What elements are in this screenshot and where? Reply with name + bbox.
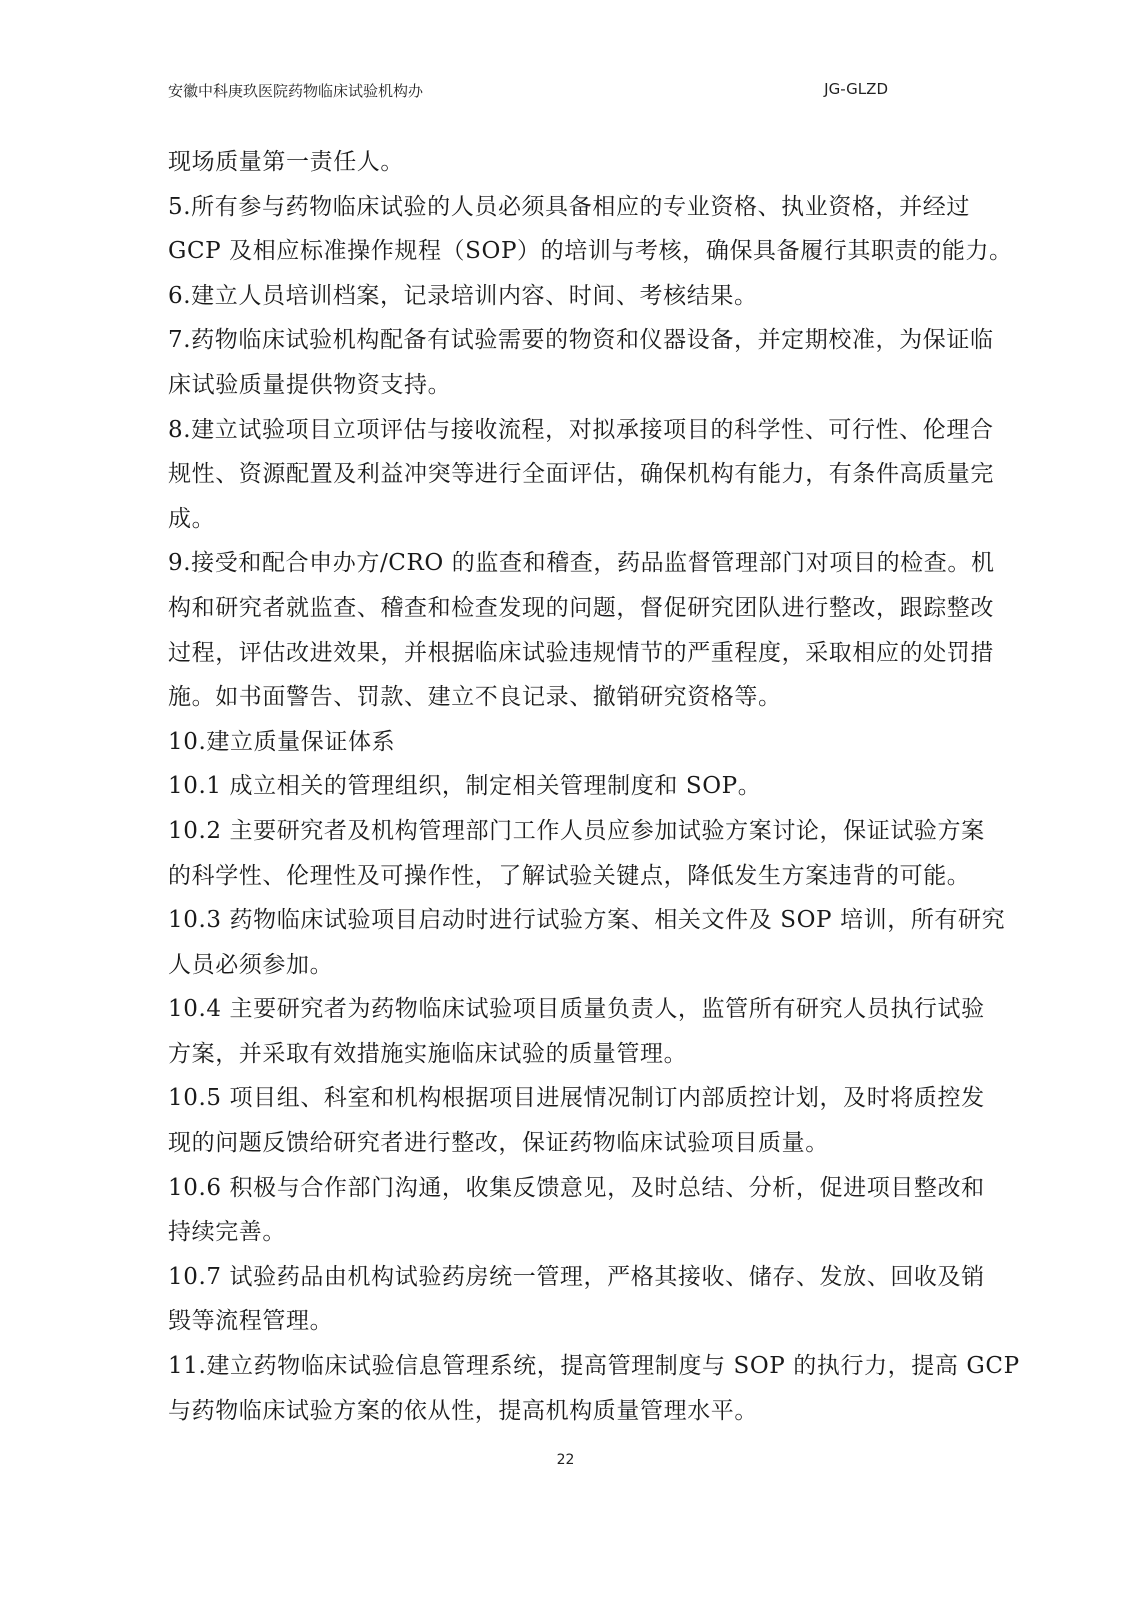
text-line: 5.所有参与药物临床试验的人员必须具备相应的专业资格、执业资格，并经过 <box>168 185 968 230</box>
text-line: 施。如书面警告、罚款、建立不良记录、撤销研究资格等。 <box>168 675 968 720</box>
text-line: 10.4 主要研究者为药物临床试验项目质量负责人，监管所有研究人员执行试验 <box>168 987 968 1032</box>
text-line: 构和研究者就监查、稽查和检查发现的问题，督促研究团队进行整改，跟踪整改 <box>168 586 968 631</box>
text-line: 规性、资源配置及利益冲突等进行全面评估，确保机构有能力，有条件高质量完 <box>168 452 968 497</box>
page-number: 22 <box>0 1452 1131 1468</box>
text-line: 10.3 药物临床试验项目启动时进行试验方案、相关文件及 SOP 培训，所有研究 <box>168 898 968 943</box>
text-line: 床试验质量提供物资支持。 <box>168 363 968 408</box>
text-line: 9.接受和配合申办方/CRO 的监查和稽查，药品监督管理部门对项目的检查。机 <box>168 541 968 586</box>
text-line: 6.建立人员培训档案，记录培训内容、时间、考核结果。 <box>168 274 968 319</box>
header-organization: 安徽中科庚玖医院药物临床试验机构办 <box>168 80 423 101</box>
text-line: 8.建立试验项目立项评估与接收流程，对拟承接项目的科学性、可行性、伦理合 <box>168 408 968 453</box>
text-line: GCP 及相应标准操作规程（SOP）的培训与考核，确保具备履行其职责的能力。 <box>168 229 968 274</box>
text-line: 过程，评估改进效果，并根据临床试验违规情节的严重程度，采取相应的处罚措 <box>168 631 968 676</box>
header-doc-code: JG-GLZD <box>824 80 888 98</box>
text-line: 11.建立药物临床试验信息管理系统，提高管理制度与 SOP 的执行力，提高 GC… <box>168 1344 968 1389</box>
text-line: 的科学性、伦理性及可操作性，了解试验关键点，降低发生方案违背的可能。 <box>168 854 968 899</box>
text-line: 7.药物临床试验机构配备有试验需要的物资和仪器设备，并定期校准，为保证临 <box>168 318 968 363</box>
document-body: 现场质量第一责任人。 5.所有参与药物临床试验的人员必须具备相应的专业资格、执业… <box>168 140 968 1433</box>
text-line: 成。 <box>168 497 968 542</box>
text-line: 10.2 主要研究者及机构管理部门工作人员应参加试验方案讨论，保证试验方案 <box>168 809 968 854</box>
text-line: 10.6 积极与合作部门沟通，收集反馈意见，及时总结、分析，促进项目整改和 <box>168 1166 968 1211</box>
text-line: 与药物临床试验方案的依从性，提高机构质量管理水平。 <box>168 1389 968 1434</box>
text-line: 毁等流程管理。 <box>168 1299 968 1344</box>
text-line: 方案，并采取有效措施实施临床试验的质量管理。 <box>168 1032 968 1077</box>
text-line: 现的问题反馈给研究者进行整改，保证药物临床试验项目质量。 <box>168 1121 968 1166</box>
text-line: 人员必须参加。 <box>168 943 968 988</box>
section-heading: 10.建立质量保证体系 <box>168 720 968 765</box>
text-line: 10.5 项目组、科室和机构根据项目进展情况制订内部质控计划，及时将质控发 <box>168 1076 968 1121</box>
text-line: 现场质量第一责任人。 <box>168 140 968 185</box>
text-line: 持续完善。 <box>168 1210 968 1255</box>
text-line: 10.1 成立相关的管理组织，制定相关管理制度和 SOP。 <box>168 764 968 809</box>
text-line: 10.7 试验药品由机构试验药房统一管理，严格其接收、储存、发放、回收及销 <box>168 1255 968 1300</box>
